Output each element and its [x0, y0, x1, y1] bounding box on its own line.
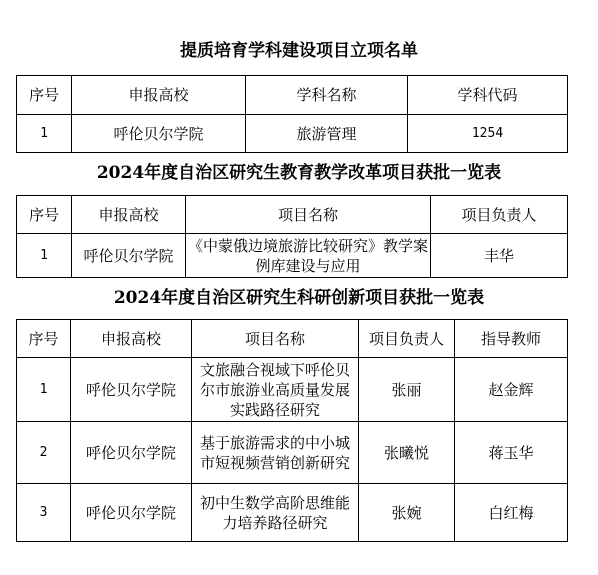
- table-header-row: 序号 申报高校 项目名称 项目负责人: [17, 196, 568, 234]
- cell-project-name: 初中生数学高阶思维能力培养路径研究: [192, 484, 359, 542]
- table-research-innovation-projects: 序号 申报高校 项目名称 项目负责人 指导教师 1 呼伦贝尔学院 文旅融合视域下…: [16, 319, 568, 542]
- header-university: 申报高校: [72, 76, 246, 115]
- table-row: 1 呼伦贝尔学院 旅游管理 1254: [17, 115, 568, 153]
- cell-project-leader: 张丽: [359, 358, 455, 422]
- section-1-title: 提质培育学科建设项目立项名单: [0, 40, 598, 62]
- cell-project-name: 基于旅游需求的中小城市短视频营销创新研究: [192, 422, 359, 484]
- section-2-title: 2024年度自治区研究生教育教学改革项目获批一览表: [0, 162, 598, 184]
- table-row: 1 呼伦贝尔学院 文旅融合视域下呼伦贝尔市旅游业高质量发展实践路径研究 张丽 赵…: [17, 358, 568, 422]
- cell-index: 2: [17, 422, 71, 484]
- cell-index: 1: [17, 234, 72, 278]
- cell-university: 呼伦贝尔学院: [72, 234, 186, 278]
- cell-advisor: 赵金辉: [455, 358, 568, 422]
- cell-university: 呼伦贝尔学院: [71, 358, 192, 422]
- header-project-leader: 项目负责人: [359, 320, 455, 358]
- cell-university: 呼伦贝尔学院: [72, 115, 246, 153]
- header-index: 序号: [17, 320, 71, 358]
- table-teaching-reform-projects: 序号 申报高校 项目名称 项目负责人 1 呼伦贝尔学院 《中蒙俄边境旅游比较研究…: [16, 195, 568, 278]
- table-header-row: 序号 申报高校 项目名称 项目负责人 指导教师: [17, 320, 568, 358]
- cell-discipline-name: 旅游管理: [246, 115, 408, 153]
- section-3-title: 2024年度自治区研究生科研创新项目获批一览表: [0, 287, 598, 309]
- header-index: 序号: [17, 76, 72, 115]
- table-row: 2 呼伦贝尔学院 基于旅游需求的中小城市短视频营销创新研究 张曦悦 蒋玉华: [17, 422, 568, 484]
- header-project-name: 项目名称: [192, 320, 359, 358]
- cell-index: 3: [17, 484, 71, 542]
- cell-index: 1: [17, 358, 71, 422]
- cell-project-leader: 张婉: [359, 484, 455, 542]
- header-index: 序号: [17, 196, 72, 234]
- header-university: 申报高校: [71, 320, 192, 358]
- header-discipline-code: 学科代码: [408, 76, 568, 115]
- cell-university: 呼伦贝尔学院: [71, 484, 192, 542]
- header-discipline-name: 学科名称: [246, 76, 408, 115]
- header-project-name: 项目名称: [186, 196, 431, 234]
- cell-project-leader: 丰华: [431, 234, 568, 278]
- table-header-row: 序号 申报高校 学科名称 学科代码: [17, 76, 568, 115]
- cell-index: 1: [17, 115, 72, 153]
- header-project-leader: 项目负责人: [431, 196, 568, 234]
- cell-project-name: 文旅融合视域下呼伦贝尔市旅游业高质量发展实践路径研究: [192, 358, 359, 422]
- header-advisor: 指导教师: [455, 320, 568, 358]
- table-discipline-projects: 序号 申报高校 学科名称 学科代码 1 呼伦贝尔学院 旅游管理 1254: [16, 75, 568, 153]
- cell-project-leader: 张曦悦: [359, 422, 455, 484]
- header-university: 申报高校: [72, 196, 186, 234]
- cell-advisor: 白红梅: [455, 484, 568, 542]
- cell-advisor: 蒋玉华: [455, 422, 568, 484]
- table-row: 1 呼伦贝尔学院 《中蒙俄边境旅游比较研究》教学案例库建设与应用 丰华: [17, 234, 568, 278]
- table-row: 3 呼伦贝尔学院 初中生数学高阶思维能力培养路径研究 张婉 白红梅: [17, 484, 568, 542]
- cell-university: 呼伦贝尔学院: [71, 422, 192, 484]
- cell-discipline-code: 1254: [408, 115, 568, 153]
- cell-project-name: 《中蒙俄边境旅游比较研究》教学案例库建设与应用: [186, 234, 431, 278]
